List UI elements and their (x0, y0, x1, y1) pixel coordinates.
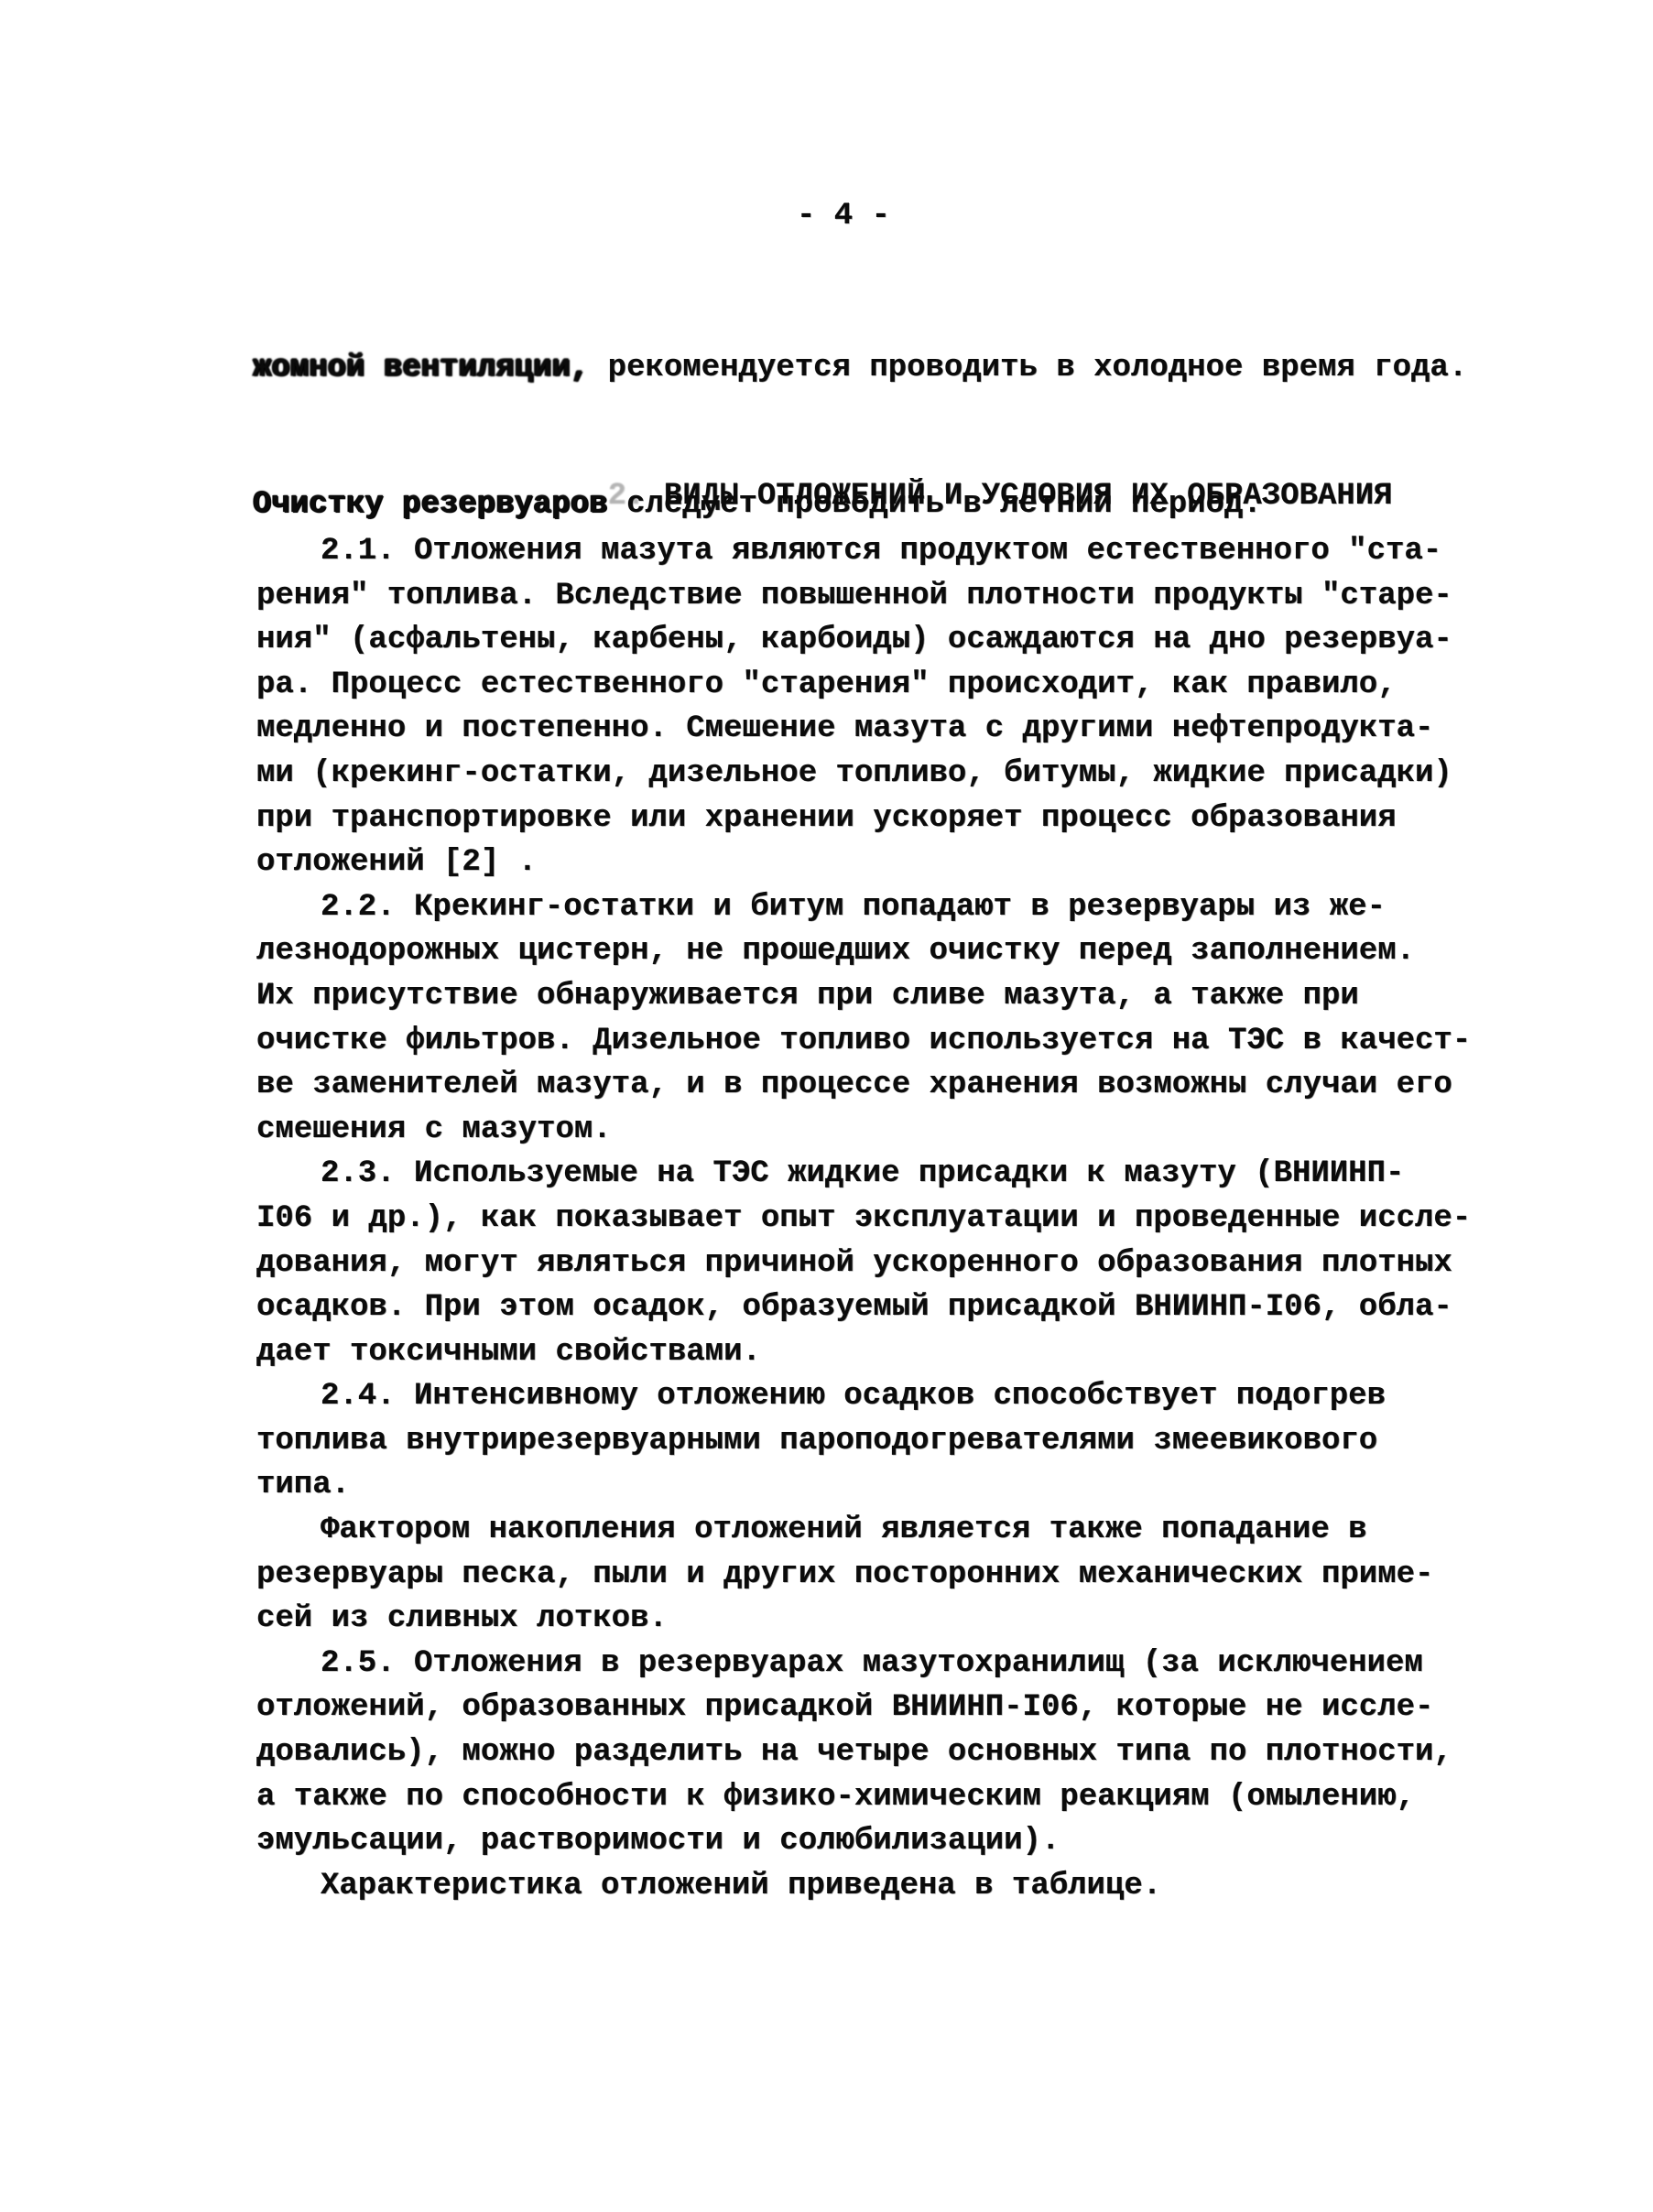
text-line: эмульсации, растворимости и солюбилизаци… (256, 1819, 1471, 1864)
text-line: рения" топлива. Вследствие повышенной пл… (256, 574, 1471, 619)
text-line: 2.3. Используемые на ТЭС жидкие присадки… (256, 1152, 1471, 1197)
text-line: 2.4. Интенсивному отложению осадков спос… (256, 1374, 1471, 1419)
text-line: жомной вентиляции, рекомендуется проводи… (253, 345, 1467, 390)
text-line: Фактором накопления отложений является т… (256, 1508, 1471, 1553)
body-paragraphs: 2.1. Отложения мазута являются продуктом… (256, 529, 1471, 1908)
text-line: ми (крекинг-остатки, дизельное топливо, … (256, 752, 1471, 797)
section-title: ВИДЫ ОТЛОЖЕНИЙ И УСЛОВИЯ ИХ ОБРАЗОВАНИЯ (645, 479, 1392, 514)
text-line: 2.2. Крекинг-остатки и битум попадают в … (256, 885, 1471, 930)
text-line: отложений [2] . (256, 840, 1471, 885)
text-line: дования, могут являться причиной ускорен… (256, 1242, 1471, 1286)
text-line: сей из сливных лотков. (256, 1597, 1471, 1642)
text-line: I06 и др.), как показывает опыт эксплуат… (256, 1197, 1471, 1242)
text-line: ве заменителей мазута, и в процессе хран… (256, 1063, 1471, 1108)
text-line: топлива внутрирезервуарными пароподогрев… (256, 1419, 1471, 1464)
text-line: резервуары песка, пыли и других посторон… (256, 1553, 1471, 1598)
text-line: довались), можно разделить на четыре осн… (256, 1730, 1471, 1775)
text-fragment: рекомендуется проводить в холодное время… (589, 351, 1467, 385)
text-line: типа. (256, 1463, 1471, 1508)
text-line: а также по способности к физико-химическ… (256, 1775, 1471, 1820)
text-line: смешения с мазутом. (256, 1108, 1471, 1153)
text-line: медленно и постепенно. Смешение мазута с… (256, 707, 1471, 752)
text-line: 2.1. Отложения мазута являются продуктом… (256, 529, 1471, 574)
text-line: лезнодорожных цистерн, не прошедших очис… (256, 929, 1471, 974)
text-line: 2.5. Отложения в резервуарах мазутохрани… (256, 1642, 1471, 1686)
text-line: при транспортировке или хранении ускоряе… (256, 797, 1471, 841)
section-number: 2. (608, 479, 646, 514)
text-line: ра. Процесс естественного "старения" про… (256, 663, 1471, 708)
smudged-text: жомной вентиляции, (253, 351, 589, 385)
text-line: Их присутствие обнаруживается при сливе … (256, 974, 1471, 1019)
text-line: отложений, образованных присадкой ВНИИНП… (256, 1686, 1471, 1730)
text-line: дает токсичными свойствами. (256, 1330, 1471, 1375)
text-line: осадков. При этом осадок, образуемый при… (256, 1285, 1471, 1330)
scanned-document-page: - 4 - жомной вентиляции, рекомендуется п… (0, 0, 1653, 2212)
text-line: очистке фильтров. Дизельное топливо испо… (256, 1019, 1471, 1064)
page-number: - 4 - (797, 199, 890, 233)
text-line: Характеристика отложений приведена в таб… (256, 1864, 1471, 1909)
text-line: ния" (асфальтены, карбены, карбоиды) оса… (256, 618, 1471, 663)
